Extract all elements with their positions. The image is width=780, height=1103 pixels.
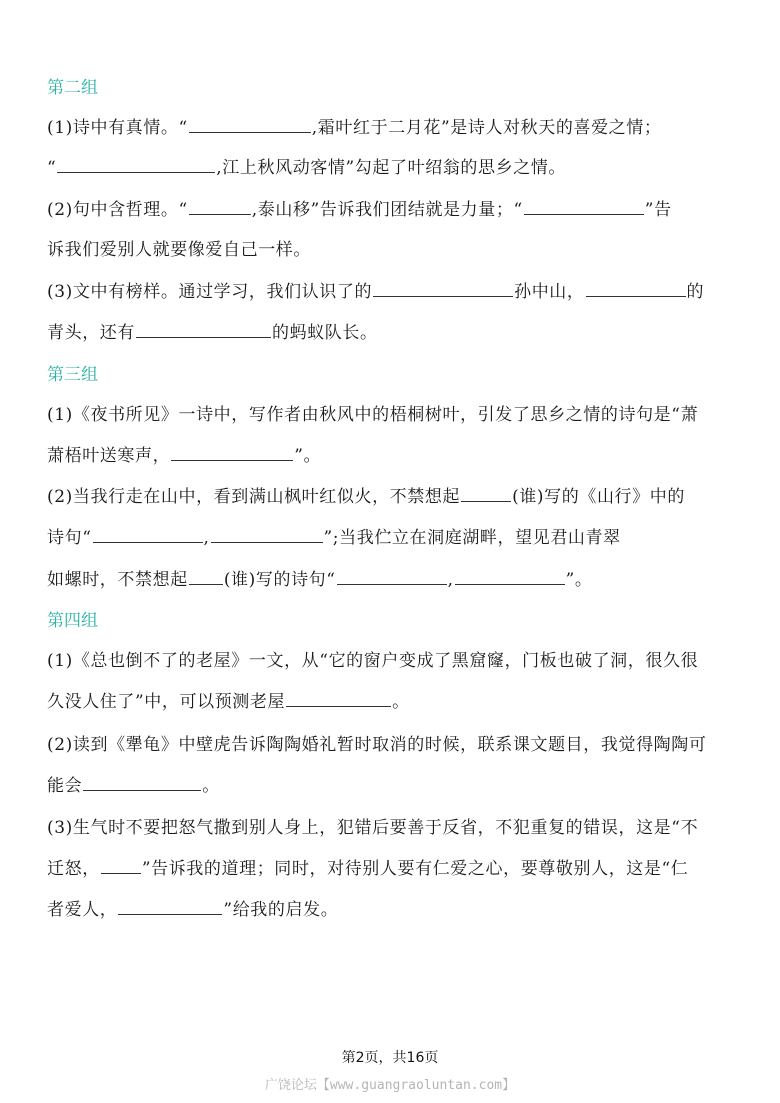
- fill-blank[interactable]: [337, 568, 447, 585]
- text: 能会: [47, 776, 82, 796]
- text: (1)诗中有真情。“: [47, 118, 188, 138]
- question-line: (3)生气时不要把怒气撒到别人身上，犯错后要善于反省，不犯重复的错误，这是“不: [47, 816, 737, 840]
- fill-blank[interactable]: [373, 280, 513, 297]
- text: (2)当我行走在山中，看到满山枫叶红似火，不禁想起: [47, 487, 460, 507]
- text: ”给我的启发。: [223, 900, 338, 920]
- watermark: 广饶论坛【www.guangraoluntan.com】: [0, 1074, 780, 1093]
- text: 久没人住了”中，可以预测老屋: [47, 692, 285, 712]
- text: ”告诉我的道理；同时，对待别人要有仁爱之心，要尊敬别人，这是“仁: [142, 859, 689, 879]
- text: (谁)写的诗句“: [224, 570, 336, 590]
- group-heading-2: 第二组: [47, 76, 98, 100]
- text: (2)读到《犟龟》中壁虎告诉陶陶婚礼暂时取消的时候，联系课文题目，我觉得陶陶可: [47, 735, 706, 755]
- fill-blank[interactable]: [93, 526, 203, 543]
- text: (2)句中含哲理。“: [47, 200, 188, 220]
- fill-blank[interactable]: [211, 526, 323, 543]
- text: 萧梧叶送寒声，: [47, 446, 170, 466]
- page-number: 第2页，共16页: [0, 1047, 780, 1067]
- text: 孙中山，: [514, 282, 584, 302]
- text: ”。: [566, 570, 593, 590]
- question-line: 迁怒，”告诉我的道理；同时，对待别人要有仁爱之心，要尊敬别人，这是“仁: [47, 857, 737, 881]
- fill-blank[interactable]: [189, 198, 251, 215]
- text: 者爱人，: [47, 900, 117, 920]
- text: 青头，还有: [47, 323, 135, 343]
- fill-blank[interactable]: [118, 898, 222, 915]
- text: 的: [687, 282, 705, 302]
- text: “: [47, 158, 56, 178]
- text: 诗句“: [47, 528, 92, 548]
- question-line: 青头，还有的蚂蚁队长。: [47, 321, 737, 345]
- text: 。: [202, 776, 220, 796]
- fill-blank[interactable]: [189, 568, 223, 585]
- text: (1)《总也倒不了的老屋》一文，从“它的窗户变成了黑窟窿，门板也破了洞，很久很: [47, 651, 698, 671]
- question-line: (3)文中有榜样。通过学习，我们认识了的孙中山，的: [47, 280, 737, 304]
- text: ”告: [645, 200, 672, 220]
- text: ”。: [294, 446, 321, 466]
- fill-blank[interactable]: [83, 774, 201, 791]
- text: 诉我们爱别人就要像爱自己一样。: [47, 240, 311, 260]
- question-line: 诉我们爱别人就要像爱自己一样。: [47, 238, 737, 262]
- question-line: (2)读到《犟龟》中壁虎告诉陶陶婚礼暂时取消的时候，联系课文题目，我觉得陶陶可: [47, 733, 737, 757]
- question-line: “,江上秋风动客情”勾起了叶绍翁的思乡之情。: [47, 156, 737, 180]
- question-line: (1)《总也倒不了的老屋》一文，从“它的窗户变成了黑窟窿，门板也破了洞，很久很: [47, 649, 737, 673]
- text: ,: [448, 570, 454, 590]
- question-line: (2)句中含哲理。“,泰山移”告诉我们团结就是力量；“”告: [47, 198, 737, 222]
- group-heading-3: 第三组: [47, 363, 98, 387]
- fill-blank[interactable]: [524, 198, 644, 215]
- text: 迁怒，: [47, 859, 100, 879]
- question-line: 久没人住了”中，可以预测老屋。: [47, 690, 737, 714]
- fill-blank[interactable]: [461, 485, 511, 502]
- fill-blank[interactable]: [189, 116, 311, 133]
- text: (3)文中有榜样。通过学习，我们认识了的: [47, 282, 372, 302]
- text: ,泰山移”告诉我们团结就是力量；“: [252, 200, 523, 220]
- text: (1)《夜书所见》一诗中，写作者由秋风中的梧桐树叶，引发了思乡之情的诗句是“萧: [47, 405, 698, 425]
- question-line: (2)当我行走在山中，看到满山枫叶红似火，不禁想起(谁)写的《山行》中的: [47, 485, 737, 509]
- question-line: 如螺时，不禁想起(谁)写的诗句“,”。: [47, 568, 737, 592]
- document-page: 第二组 (1)诗中有真情。“,霜叶红于二月花”是诗人对秋天的喜爱之情； “,江上…: [0, 0, 780, 1103]
- question-line: (1)《夜书所见》一诗中，写作者由秋风中的梧桐树叶，引发了思乡之情的诗句是“萧: [47, 403, 737, 427]
- question-line: 能会。: [47, 774, 737, 798]
- question-line: 萧梧叶送寒声，”。: [47, 444, 737, 468]
- text: ,霜叶红于二月花”是诗人对秋天的喜爱之情；: [312, 118, 662, 138]
- question-line: 诗句“,”;当我伫立在洞庭湖畔，望见君山青翠: [47, 526, 737, 550]
- fill-blank[interactable]: [136, 321, 271, 338]
- text: 的蚂蚁队长。: [272, 323, 378, 343]
- text: ,: [204, 528, 210, 548]
- text: 。: [392, 692, 410, 712]
- question-line: 者爱人，”给我的启发。: [47, 898, 737, 922]
- text: (3)生气时不要把怒气撒到别人身上，犯错后要善于反省，不犯重复的错误，这是“不: [47, 818, 698, 838]
- text: 如螺时，不禁想起: [47, 570, 188, 590]
- fill-blank[interactable]: [171, 444, 293, 461]
- fill-blank[interactable]: [101, 857, 141, 874]
- text: (谁)写的《山行》中的: [512, 487, 685, 507]
- question-line: (1)诗中有真情。“,霜叶红于二月花”是诗人对秋天的喜爱之情；: [47, 116, 737, 140]
- group-heading-4: 第四组: [47, 609, 98, 633]
- fill-blank[interactable]: [455, 568, 565, 585]
- text: ,江上秋风动客情”勾起了叶绍翁的思乡之情。: [216, 158, 566, 178]
- text: ”;当我伫立在洞庭湖畔，望见君山青翠: [324, 528, 621, 548]
- fill-blank[interactable]: [586, 280, 686, 297]
- fill-blank[interactable]: [286, 690, 391, 707]
- fill-blank[interactable]: [57, 156, 215, 173]
